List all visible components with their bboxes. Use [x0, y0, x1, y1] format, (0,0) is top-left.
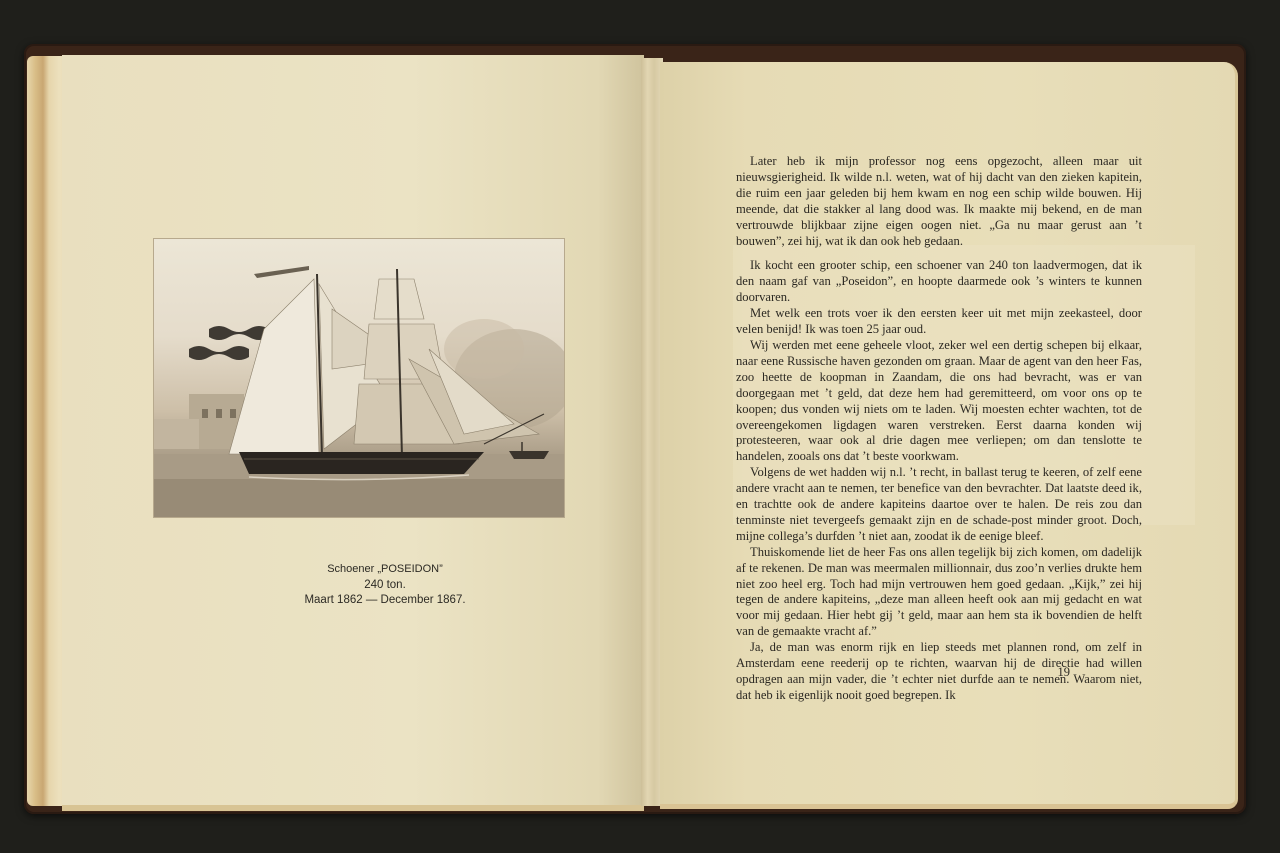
paragraph: Thuiskomende liet de heer Fas ons allen … — [736, 545, 1142, 640]
schooner-photograph — [153, 238, 565, 518]
paragraph: Later heb ik mijn professor nog eens opg… — [736, 154, 1142, 249]
paragraph: Wij werden met eene geheele vloot, zeker… — [736, 338, 1142, 465]
illustration-caption: Schoener „POSEIDON” 240 ton. Maart 1862 … — [250, 562, 520, 609]
body-text: Later heb ik mijn professor nog eens opg… — [736, 154, 1142, 704]
paragraph: Volgens de wet hadden wij n.l. ’t recht,… — [736, 465, 1142, 545]
page-number: 19 — [1050, 665, 1070, 680]
caption-dates: Maart 1862 — December 1867. — [250, 593, 520, 609]
page-stack-edges — [27, 56, 67, 806]
caption-ship-name: Schoener „POSEIDON” — [250, 562, 520, 578]
caption-tonnage: 240 ton. — [250, 578, 520, 594]
ship-illustration-icon — [154, 239, 564, 517]
paragraph: Met welk een trots voer ik den eersten k… — [736, 306, 1142, 338]
paragraph: Ik kocht een grooter schip, een schoener… — [736, 258, 1142, 306]
paragraph: Ja, de man was enorm rijk en liep steeds… — [736, 640, 1142, 704]
